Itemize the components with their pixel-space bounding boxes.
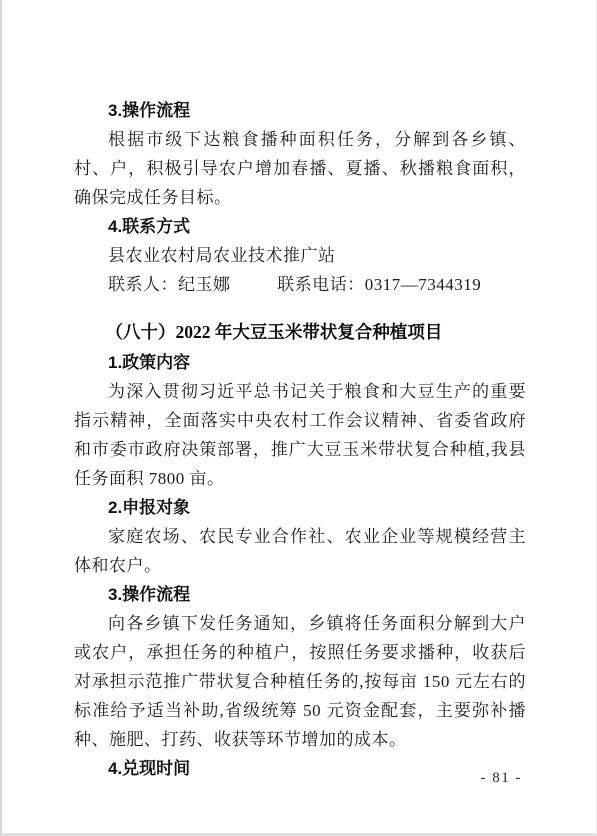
section-title-80: （八十）2022 年大豆玉米带状复合种植项目 [74,317,526,348]
page-number: - 81 - [481,770,523,787]
paragraph-policy-content-sec80: 为深入贯彻习近平总书记关于粮食和大豆生产的重要指示精神，全面落实中央农村工作会议… [74,377,526,493]
heading-policy-content-sec80: 1.政策内容 [74,348,526,377]
heading-operation-process-sec80: 3.操作流程 [74,580,526,609]
paragraph-application-target-sec80: 家庭农场、农民专业合作社、农业企业等规模经营主体和农户。 [74,522,526,580]
contact-phone: 联系电话：0317—7344319 [277,275,481,294]
organization-name: 县农业农村局农业技术推广站 [74,241,526,270]
contact-person: 联系人：纪玉娜 [108,275,231,294]
heading-contact-method-sec79: 4.联系方式 [74,212,526,241]
heading-redeem-time-sec80: 4.兑现时间 [74,754,526,783]
page-content: 3.操作流程 根据市级下达粮食播种面积任务，分解到各乡镇、村、户，积极引导农户增… [74,96,526,783]
heading-application-target-sec80: 2.申报对象 [74,493,526,522]
paragraph-operation-process-sec80: 向各乡镇下发任务通知，乡镇将任务面积分解到大户或农户，承担任务的种植户，按照任务… [74,609,526,754]
document-page: 3.操作流程 根据市级下达粮食播种面积任务，分解到各乡镇、村、户，积极引导农户增… [0,0,597,836]
contact-line: 联系人：纪玉娜 联系电话：0317—7344319 [74,270,526,299]
heading-operation-process-sec79: 3.操作流程 [74,96,526,125]
paragraph-operation-process-sec79: 根据市级下达粮食播种面积任务，分解到各乡镇、村、户，积极引导农户增加春播、夏播、… [74,125,526,212]
